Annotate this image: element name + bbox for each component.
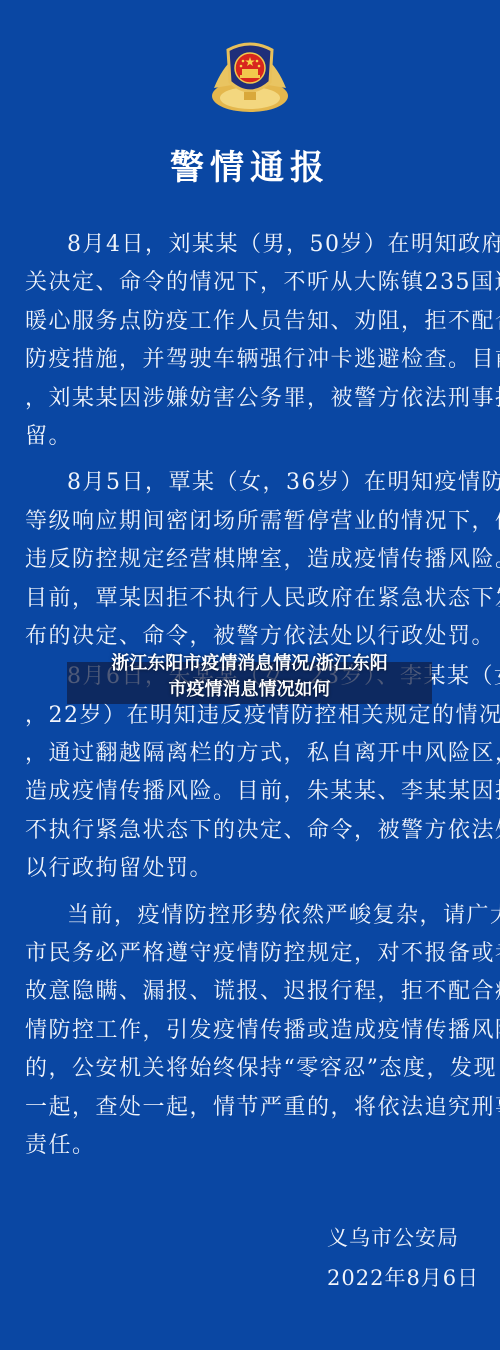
text-line: 目前，覃某因拒不执行人民政府在紧急状态下发: [25, 580, 480, 618]
text-line: ，刘某某因涉嫌妨害公务罪，被警方依法刑事拘: [25, 380, 480, 418]
paragraph-aug4: 8月4日，刘某某（男，50岁）在明知政府相 关决定、命令的情况下，不听从大陈镇2…: [25, 226, 480, 456]
caption-line-1: 浙江东阳市疫情消息情况/浙江东阳: [67, 651, 432, 677]
issuer-name: 义乌市公安局: [327, 1218, 479, 1258]
text-line: 关决定、命令的情况下，不听从大陈镇235国道: [25, 264, 480, 302]
text-line: 8月4日，刘某某（男，50岁）在明知政府相: [25, 226, 480, 264]
text-line: 市民务必严格遵守疫情防控规定，对不报备或者: [25, 935, 480, 973]
text-line: 等级响应期间密闭场所需暂停营业的情况下，仍: [25, 503, 480, 541]
text-line: 造成疫情传播风险。目前，朱某某、李某某因拒: [25, 773, 480, 811]
caption-overlay-title: 浙江东阳市疫情消息情况/浙江东阳 市疫情消息情况如何: [67, 651, 432, 703]
police-emblem-icon: [208, 38, 292, 118]
text-line: 责任。: [25, 1127, 480, 1165]
text-line: 故意隐瞒、漏报、谎报、迟报行程，拒不配合疫: [25, 973, 480, 1011]
text-line: 当前，疫情防控形势依然严峻复杂，请广大: [25, 897, 480, 935]
paragraph-notice: 当前，疫情防控形势依然严峻复杂，请广大 市民务必严格遵守疫情防控规定，对不报备或…: [25, 897, 480, 1166]
text-line: 以行政拘留处罚。: [25, 850, 480, 888]
caption-line-2: 市疫情消息情况如何: [67, 677, 432, 703]
text-line: 的，公安机关将始终保持“零容忍”态度，发现: [25, 1050, 480, 1088]
text-line: 防疫措施，并驾驶车辆强行冲卡逃避检查。目前: [25, 341, 480, 379]
text-line: 8月5日，覃某（女，36岁）在明知疫情防控: [25, 464, 480, 502]
text-line: 不执行紧急状态下的决定、命令，被警方依法处: [25, 812, 480, 850]
text-line: 情防控工作，引发疫情传播或造成疫情传播风险: [25, 1012, 480, 1050]
page-title: 警情通报: [0, 140, 500, 189]
text-line: 违反防控规定经营棋牌室，造成疫情传播风险。: [25, 541, 480, 579]
paragraph-aug5: 8月5日，覃某（女，36岁）在明知疫情防控 等级响应期间密闭场所需暂停营业的情况…: [25, 464, 480, 656]
issue-date: 2022年8月6日: [327, 1258, 479, 1298]
text-line: 暖心服务点防疫工作人员告知、劝阻，拒不配合: [25, 303, 480, 341]
text-line: 一起，查处一起，情节严重的，将依法追究刑事: [25, 1089, 480, 1127]
text-line: ，通过翻越隔离栏的方式，私自离开中风险区，: [25, 735, 480, 773]
signature-block: 义乌市公安局 2022年8月6日: [327, 1218, 479, 1298]
text-line: 留。: [25, 418, 480, 456]
